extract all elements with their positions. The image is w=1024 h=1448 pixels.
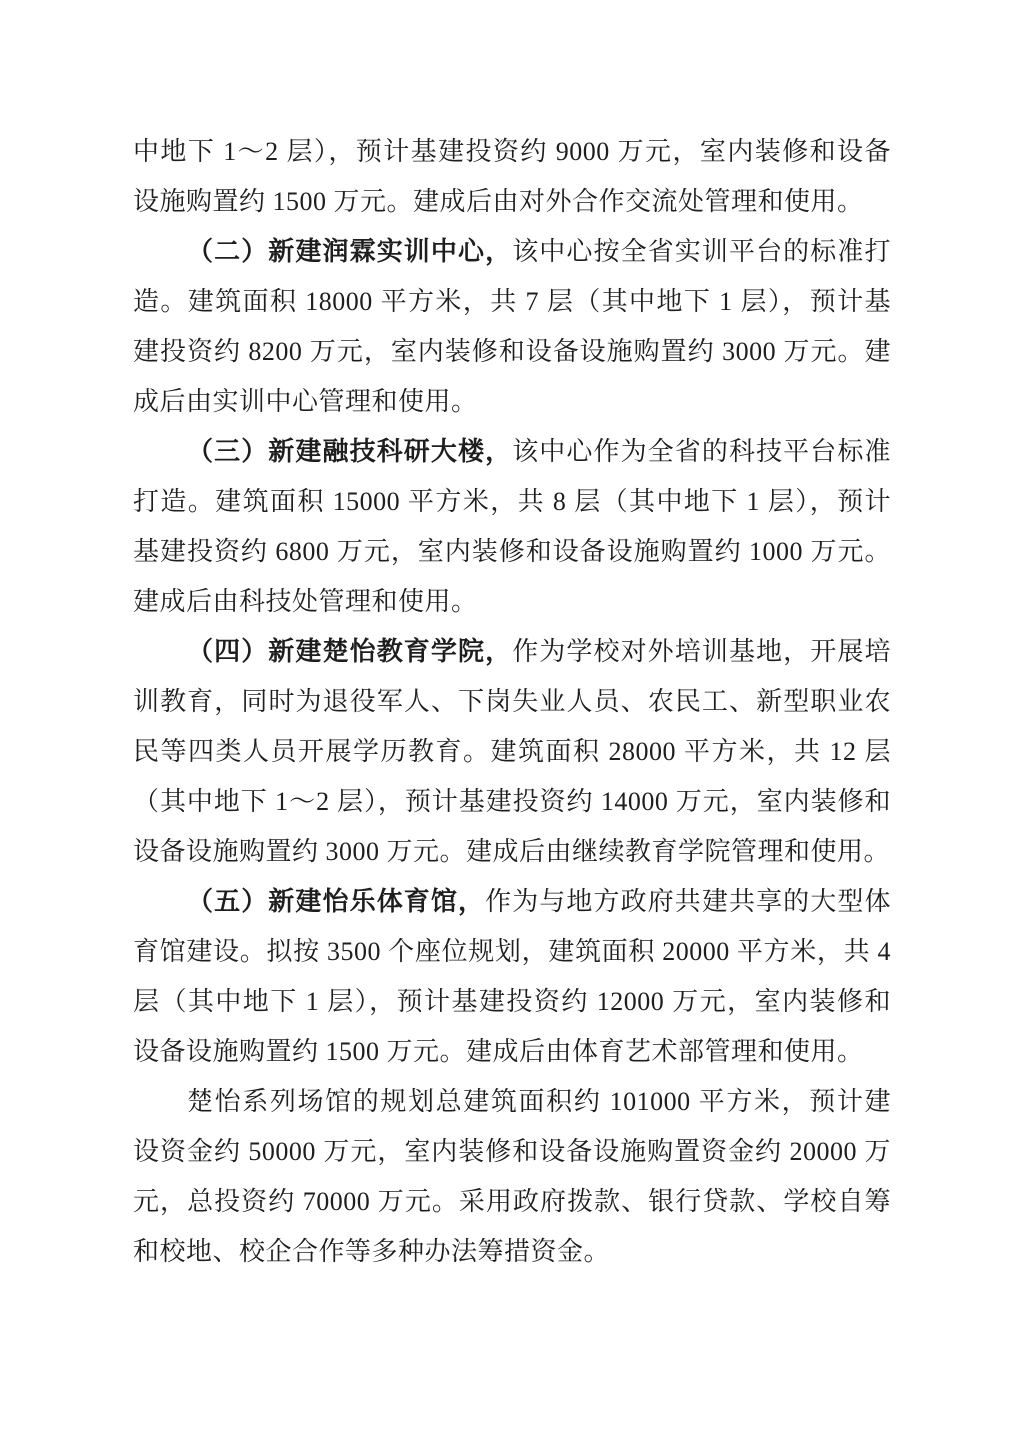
paragraph: （四）新建楚怡教育学院，作为学校对外培训基地，开展培训教育，同时为退役军人、下岗… (133, 627, 891, 877)
document-body: 中地下 1～2 层），预计基建投资约 9000 万元，室内装修和设备设施购置约 … (133, 127, 891, 1277)
section-heading: （五）新建怡乐体育馆， (187, 887, 485, 916)
paragraph: （三）新建融技科研大楼，该中心作为全省的科技平台标准打造。建筑面积 15000 … (133, 427, 891, 627)
paragraph-text: 中地下 1～2 层），预计基建投资约 9000 万元，室内装修和设备设施购置约 … (133, 137, 891, 216)
section-heading: （三）新建融技科研大楼， (187, 437, 512, 466)
paragraph: 楚怡系列场馆的规划总建筑面积约 101000 平方米，预计建设资金约 50000… (133, 1077, 891, 1277)
paragraph: （二）新建润霖实训中心，该中心按全省实训平台的标准打造。建筑面积 18000 平… (133, 227, 891, 427)
paragraph: （五）新建怡乐体育馆，作为与地方政府共建共享的大型体育馆建设。拟按 3500 个… (133, 877, 891, 1077)
document-page: 中地下 1～2 层），预计基建投资约 9000 万元，室内装修和设备设施购置约 … (0, 0, 1024, 1448)
paragraph-text: 楚怡系列场馆的规划总建筑面积约 101000 平方米，预计建设资金约 50000… (133, 1087, 891, 1266)
section-heading: （二）新建润霖实训中心， (187, 237, 512, 266)
section-heading: （四）新建楚怡教育学院， (187, 637, 512, 666)
paragraph-text: 作为学校对外培训基地，开展培训教育，同时为退役军人、下岗失业人员、农民工、新型职… (133, 637, 891, 866)
paragraph: 中地下 1～2 层），预计基建投资约 9000 万元，室内装修和设备设施购置约 … (133, 127, 891, 227)
